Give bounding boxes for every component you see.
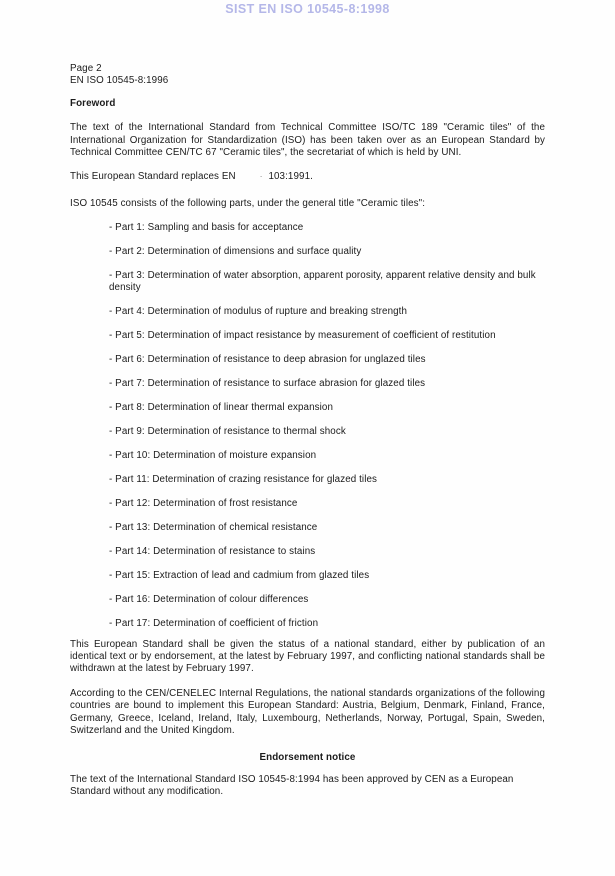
list-item: - Part 7: Determination of resistance to… bbox=[109, 378, 545, 390]
paragraph-national-status: This European Standard shall be given th… bbox=[70, 639, 545, 676]
list-item: - Part 1: Sampling and basis for accepta… bbox=[109, 222, 545, 234]
page-number: Page 2 bbox=[70, 63, 545, 75]
list-item: - Part 3: Determination of water absorpt… bbox=[109, 270, 545, 295]
parts-list: - Part 1: Sampling and basis for accepta… bbox=[109, 222, 545, 631]
list-item: - Part 6: Determination of resistance to… bbox=[109, 354, 545, 366]
paragraph-origin: The text of the International Standard f… bbox=[70, 122, 545, 159]
list-item: - Part 11: Determination of crazing resi… bbox=[109, 474, 545, 486]
replaces-line: This European Standard replaces EN·103:1… bbox=[70, 171, 545, 183]
list-item: - Part 16: Determination of colour diffe… bbox=[109, 594, 545, 606]
paragraph-cen-cenelec: According to the CEN/CENELEC Internal Re… bbox=[70, 688, 545, 738]
replaces-suffix: 103:1991. bbox=[268, 171, 312, 182]
endorsement-heading: Endorsement notice bbox=[70, 752, 545, 764]
list-item: - Part 15: Extraction of lead and cadmiu… bbox=[109, 570, 545, 582]
list-item: - Part 12: Determination of frost resist… bbox=[109, 498, 545, 510]
foreword-heading: Foreword bbox=[70, 98, 545, 110]
list-item: - Part 10: Determination of moisture exp… bbox=[109, 450, 545, 462]
replaces-prefix: This European Standard replaces EN bbox=[70, 171, 236, 182]
list-item: - Part 13: Determination of chemical res… bbox=[109, 522, 545, 534]
list-item: - Part 14: Determination of resistance t… bbox=[109, 546, 545, 558]
paragraph-endorsement: The text of the International Standard I… bbox=[70, 774, 545, 799]
list-item: - Part 8: Determination of linear therma… bbox=[109, 402, 545, 414]
scan-artifact-mark: · bbox=[260, 172, 263, 181]
watermark-header: SIST EN ISO 10545-8:1998 bbox=[0, 2, 615, 16]
list-item: - Part 5: Determination of impact resist… bbox=[109, 330, 545, 342]
page-content: Page 2 EN ISO 10545-8:1996 Foreword The … bbox=[70, 63, 545, 799]
list-item: - Part 17: Determination of coefficient … bbox=[109, 618, 545, 630]
scanned-document-page: SIST EN ISO 10545-8:1998 Page 2 EN ISO 1… bbox=[0, 0, 615, 876]
list-item: - Part 2: Determination of dimensions an… bbox=[109, 246, 545, 258]
list-item: - Part 9: Determination of resistance to… bbox=[109, 426, 545, 438]
parts-intro: ISO 10545 consists of the following part… bbox=[70, 198, 545, 210]
list-item: - Part 4: Determination of modulus of ru… bbox=[109, 306, 545, 318]
standard-reference: EN ISO 10545-8:1996 bbox=[70, 75, 545, 87]
